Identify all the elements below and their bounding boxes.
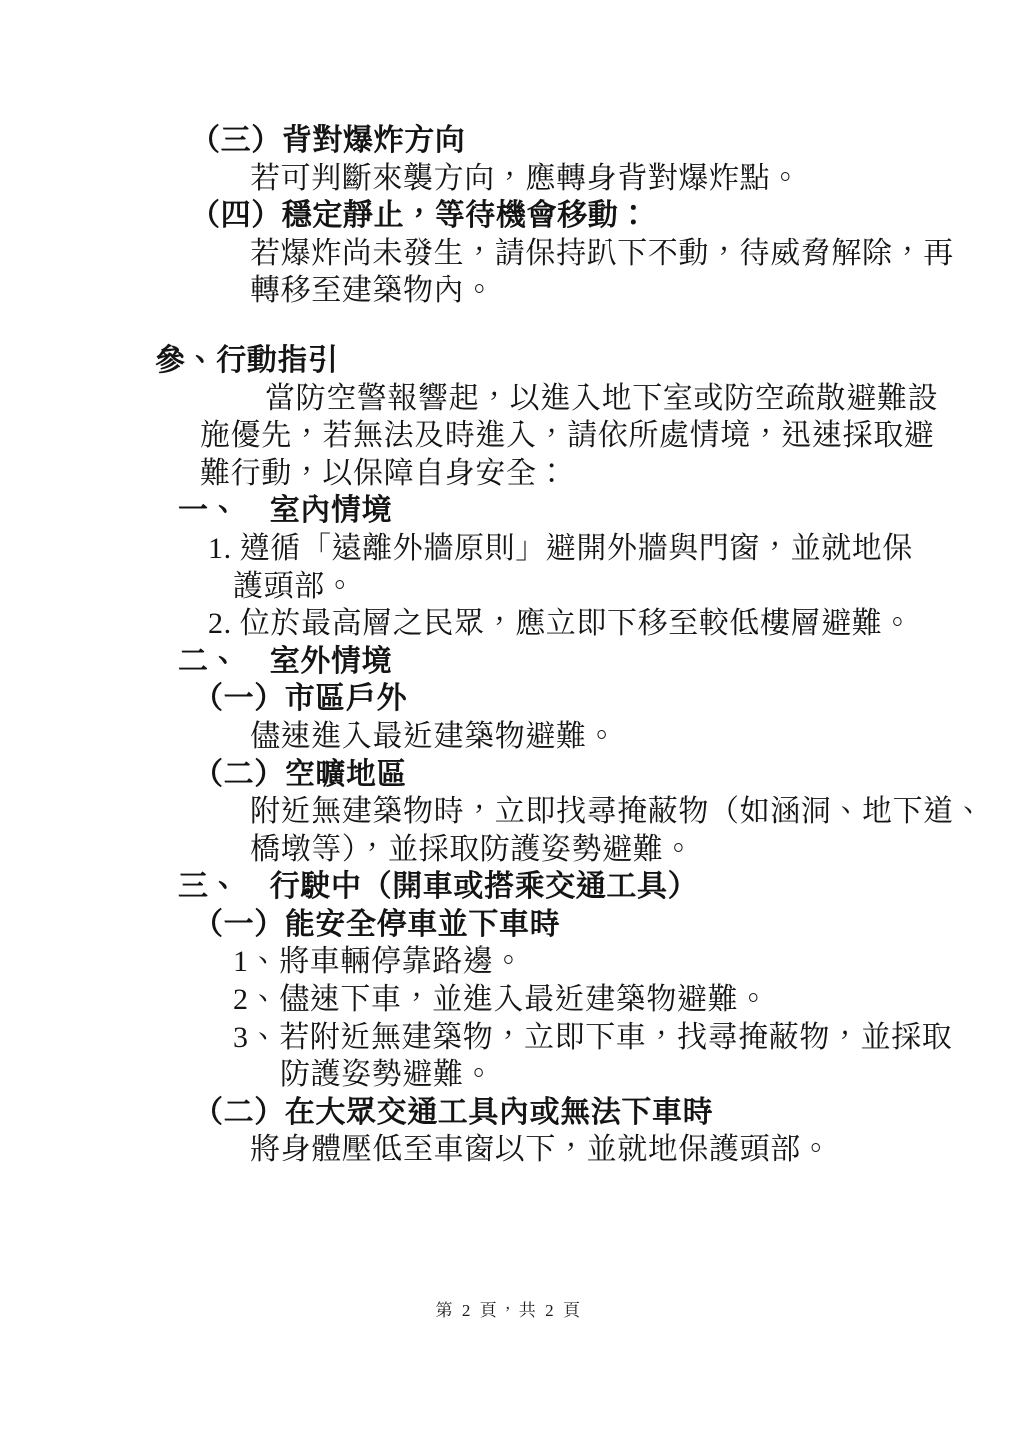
subsection-heading-urban-outdoor: （一）市區戶外 bbox=[193, 680, 1018, 718]
body-line: 儘速進入最近建築物避難。 bbox=[250, 718, 1018, 756]
subsection-heading-open-area: （二）空曠地區 bbox=[193, 756, 1018, 794]
numbered-item: 1、將車輛停靠路邊。 bbox=[233, 943, 1018, 981]
page-number: 第 2 頁，共 2 頁 bbox=[0, 1296, 1018, 1321]
numbered-item: 2、儘速下車，並進入最近建築物避難。 bbox=[233, 981, 1018, 1019]
body-line: 轉移至建築物內。 bbox=[250, 272, 1018, 310]
body-line: 若可判斷來襲方向，應轉身背對爆炸點。 bbox=[250, 160, 1018, 198]
section-heading-action-guide: 參、行動指引 bbox=[155, 342, 1018, 380]
body-line: 施優先，若無法及時進入，請依所處情境，迅速採取避 bbox=[200, 417, 1018, 455]
subsection-heading-can-stop: （一）能安全停車並下車時 bbox=[193, 906, 1018, 944]
body-line: 附近無建築物時，立即找尋掩蔽物（如涵洞、地下道、 bbox=[250, 793, 1018, 831]
body-line: 當防空警報響起，以進入地下室或防空疏散避難設 bbox=[265, 380, 1018, 418]
list-heading-driving: 三、 行駛中（開車或搭乘交通工具） bbox=[178, 868, 1018, 906]
body-line: 將身體壓低至車窗以下，並就地保護頭部。 bbox=[250, 1131, 1018, 1169]
subsection-heading-public-transport: （二）在大眾交通工具內或無法下車時 bbox=[193, 1094, 1018, 1132]
subsection-heading-4: （四）穩定靜止，等待機會移動： bbox=[190, 197, 1018, 235]
list-heading-outdoor: 二、 室外情境 bbox=[178, 643, 1018, 681]
list-heading-indoor: 一、 室內情境 bbox=[178, 492, 1018, 530]
document-page: （三）背對爆炸方向 若可判斷來襲方向，應轉身背對爆炸點。 （四）穩定靜止，等待機… bbox=[0, 0, 1018, 1440]
body-line: 難行動，以保障自身安全： bbox=[200, 455, 1018, 493]
body-line: 若爆炸尚未發生，請保持趴下不動，待威脅解除，再 bbox=[250, 235, 1018, 273]
numbered-item-continuation: 防護姿勢避難。 bbox=[280, 1056, 1018, 1094]
body-line: 橋墩等），並採取防護姿勢避難。 bbox=[250, 831, 1018, 869]
numbered-item: 3、若附近無建築物，立即下車，找尋掩蔽物，並採取 bbox=[233, 1019, 1018, 1057]
numbered-item: 1. 遵循「遠離外牆原則」避開外牆與門窗，並就地保 bbox=[208, 530, 1018, 568]
subsection-heading-3: （三）背對爆炸方向 bbox=[190, 122, 1018, 160]
numbered-item-continuation: 護頭部。 bbox=[233, 568, 1018, 606]
numbered-item: 2. 位於最高層之民眾，應立即下移至較低樓層避難。 bbox=[208, 605, 1018, 643]
document-body: （三）背對爆炸方向 若可判斷來襲方向，應轉身背對爆炸點。 （四）穩定靜止，等待機… bbox=[0, 0, 1018, 1169]
